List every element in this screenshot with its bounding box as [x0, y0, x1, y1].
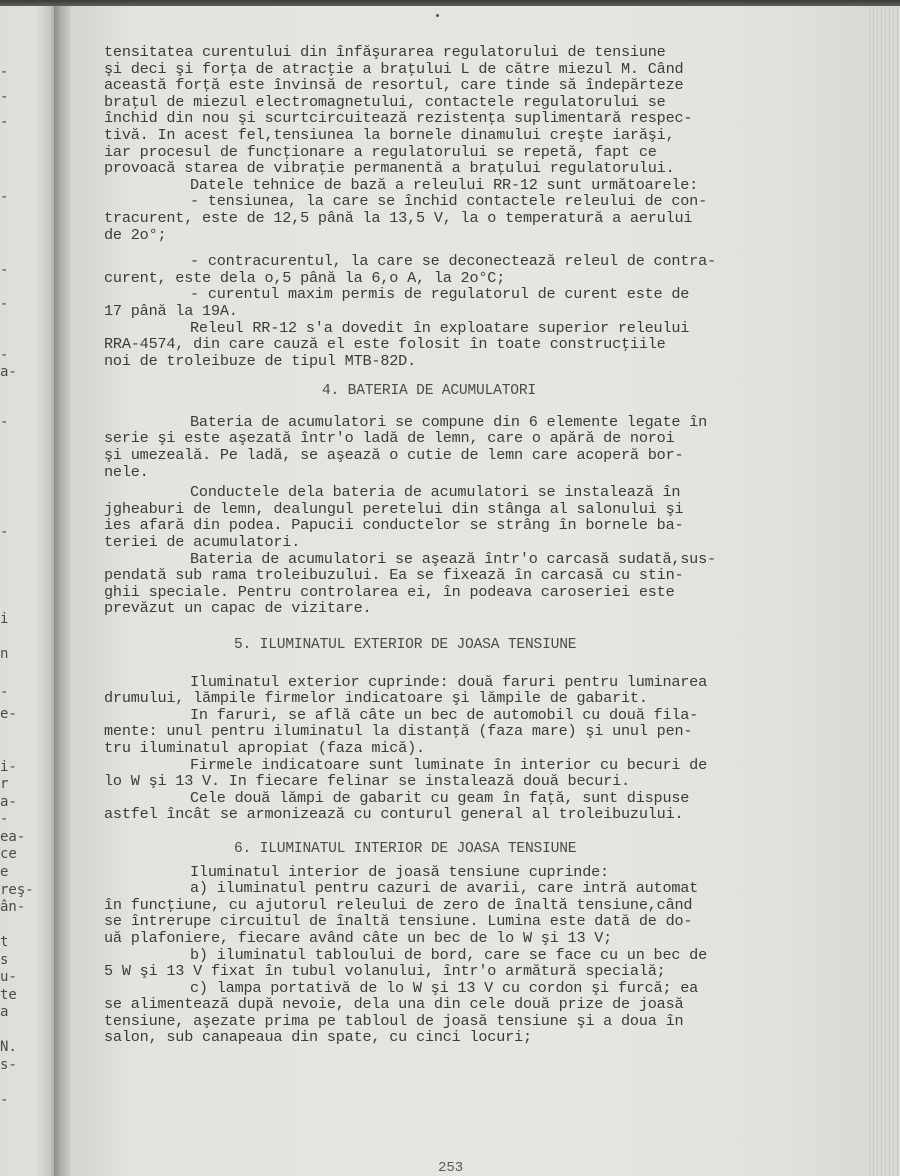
text-line: Firmele indicatoare sunt luminate în int…: [104, 757, 824, 774]
previous-page-fragment: -: [0, 189, 8, 205]
text-line: tensiune, aşezate prima pe tabloul de jo…: [104, 1013, 824, 1030]
text-line: astfel încât se armonizează cu conturul …: [104, 806, 824, 823]
section-heading: 6. ILUMINATUL INTERIOR DE JOASA TENSIUNE: [104, 841, 824, 858]
text-line: uă plafoniere, fiecare având câte un bec…: [104, 930, 824, 947]
text-line: Cele două lămpi de gabarit cu geam în fa…: [104, 790, 824, 807]
section-heading: 4. BATERIA DE ACUMULATORI: [104, 383, 824, 400]
previous-page-fragment: -: [0, 89, 8, 105]
previous-page-fragment: -: [0, 114, 8, 130]
previous-page-fragment: u-: [0, 969, 17, 985]
text-line: în funcţiune, cu ajutorul releului de ze…: [104, 897, 824, 914]
previous-page-fragment: N.: [0, 1039, 17, 1055]
text-line: RRA-4574, din care cauză el este folosit…: [104, 336, 824, 353]
previous-page-fragment: -: [0, 347, 8, 363]
text-line: drumului, lămpile firmelor indicatoare ş…: [104, 690, 824, 707]
text-line: 17 până la 19A.: [104, 303, 824, 320]
text-line: - contracurentul, la care se deconecteaz…: [104, 253, 824, 270]
previous-page-fragment: -: [0, 684, 8, 700]
text-line: ies afară din podea. Papucii conductelor…: [104, 517, 824, 534]
text-line: şi umezeală. Pe ladă, se aşează o cutie …: [104, 447, 824, 464]
ink-speck: [436, 14, 439, 17]
text-line: pendată sub rama troleibuzului. Ea se fi…: [104, 567, 824, 584]
previous-page-fragment: a: [0, 1004, 8, 1020]
previous-page-fragment: ea-: [0, 829, 25, 845]
previous-page-fragment: -: [0, 296, 8, 312]
text-line: provoacă starea de vibraţie permanentă a…: [104, 160, 824, 177]
text-line: închid din nou şi scurtcircuitează rezis…: [104, 110, 824, 127]
text-line: tru iluminatul apropiat (faza mică).: [104, 740, 824, 757]
text-line: noi de troleibuze de tipul MTB-82D.: [104, 353, 824, 370]
text-line: 5 W şi 13 V fixat în tubul volanului, în…: [104, 963, 824, 980]
previous-page-fragment: a-: [0, 794, 17, 810]
text-line: Conductele dela bateria de acumulatori s…: [104, 484, 824, 501]
text-line: - tensiunea, la care se închid contactel…: [104, 193, 824, 210]
text-line: In faruri, se află câte un bec de automo…: [104, 707, 824, 724]
text-line: ghii speciale. Pentru controlarea ei, în…: [104, 584, 824, 601]
relay-data-intro: Datele tehnice de bază a releului RR-12 …: [104, 177, 824, 194]
text-line: această forţă este învinsă de resortul, …: [104, 77, 824, 94]
previous-page-fragment: s: [0, 952, 8, 968]
text-line: c) lampa portativă de lo W şi 13 V cu co…: [104, 980, 824, 997]
text-line: Iluminatul exterior cuprinde: două farur…: [104, 674, 824, 691]
previous-page-fragment: s-: [0, 1057, 17, 1073]
page-number: 253: [438, 1160, 463, 1176]
text-line: tracurent, este de 12,5 până la 13,5 V, …: [104, 210, 824, 227]
text-line: şi deci şi forţa de atracţie a braţului …: [104, 61, 824, 78]
previous-page-fragment: n: [0, 646, 8, 662]
text-line: a) iluminatul pentru cazuri de avarii, c…: [104, 880, 824, 897]
page-body: tensitatea curentului din înfăşurarea re…: [104, 44, 824, 1046]
text-line: teriei de acumulatori.: [104, 534, 824, 551]
previous-page-fragment: i-: [0, 759, 17, 775]
previous-page-fragment: e: [0, 864, 8, 880]
text-line: curent, este dela o,5 până la 6,o A, la …: [104, 270, 824, 287]
text-line: tivă. In acest fel,tensiunea la bornele …: [104, 127, 824, 144]
text-line: lo W şi 13 V. In fiecare felinar se inst…: [104, 773, 824, 790]
previous-page-fragment: -: [0, 524, 8, 540]
page-stack-edges: [866, 6, 900, 1176]
previous-page-fragment: ce: [0, 846, 17, 862]
previous-page-fragment: t: [0, 934, 8, 950]
previous-page-fragment: -: [0, 64, 8, 80]
previous-page-fragment: -: [0, 811, 8, 827]
text-line: Bateria de acumulatori se compune din 6 …: [104, 414, 824, 431]
previous-page-fragment: -: [0, 414, 8, 430]
previous-page-fragment: i: [0, 611, 8, 627]
continuation-paragraph: tensitatea curentului din înfăşurarea re…: [104, 44, 824, 177]
text-line: Iluminatul interior de joasă tensiune cu…: [104, 864, 824, 881]
previous-page-fragment: -: [0, 1092, 8, 1108]
text-line: Bateria de acumulatori se aşează într'o …: [104, 551, 824, 568]
previous-page-fragment: e-: [0, 706, 17, 722]
previous-page-strip: -------a---in-e-i-ra--ea-ceereş-ân-tsu-t…: [0, 6, 58, 1176]
section-4: 4. BATERIA DE ACUMULATORI Bateria de acu…: [104, 383, 824, 617]
text-line: jgheaburi de lemn, dealungul peretelui d…: [104, 501, 824, 518]
text-line: salon, sub canapeaua din spate, cu cinci…: [104, 1029, 824, 1046]
section-5: 5. ILUMINATUL EXTERIOR DE JOASA TENSIUNE…: [104, 637, 824, 823]
relay-technical-data: Datele tehnice de bază a releului RR-12 …: [104, 177, 824, 370]
previous-page-fragment: a-: [0, 364, 17, 380]
text-line: b) iluminatul tabloului de bord, care se…: [104, 947, 824, 964]
text-line: tensitatea curentului din înfăşurarea re…: [104, 44, 824, 61]
text-line: nele.: [104, 464, 824, 481]
text-line: braţul de miezul electromagnetului, cont…: [104, 94, 824, 111]
previous-page-fragment: ân-: [0, 899, 25, 915]
section-heading: 5. ILUMINATUL EXTERIOR DE JOASA TENSIUNE: [104, 637, 824, 654]
scanned-book-page: -------a---in-e-i-ra--ea-ceereş-ân-tsu-t…: [0, 0, 900, 1176]
text-line: serie şi este aşezată într'o ladă de lem…: [104, 430, 824, 447]
text-line: Releul RR-12 s'a dovedit în exploatare s…: [104, 320, 824, 337]
text-line: de 2o°;: [104, 227, 824, 244]
text-line: iar procesul de funcţionare a regulatoru…: [104, 144, 824, 161]
previous-page-fragment: te: [0, 987, 17, 1003]
previous-page-fragment: reş-: [0, 882, 34, 898]
text-line: se alimentează după nevoie, dela una din…: [104, 996, 824, 1013]
previous-page-fragment: r: [0, 776, 8, 792]
text-line: - curentul maxim permis de regulatorul d…: [104, 286, 824, 303]
text-line: prevăzut un capac de vizitare.: [104, 600, 824, 617]
section-6: 6. ILUMINATUL INTERIOR DE JOASA TENSIUNE…: [104, 841, 824, 1046]
previous-page-fragment: -: [0, 262, 8, 278]
text-line: mente: unul pentru iluminatul la distanţ…: [104, 723, 824, 740]
text-line: se întrerupe circuitul de înaltă tensiun…: [104, 913, 824, 930]
